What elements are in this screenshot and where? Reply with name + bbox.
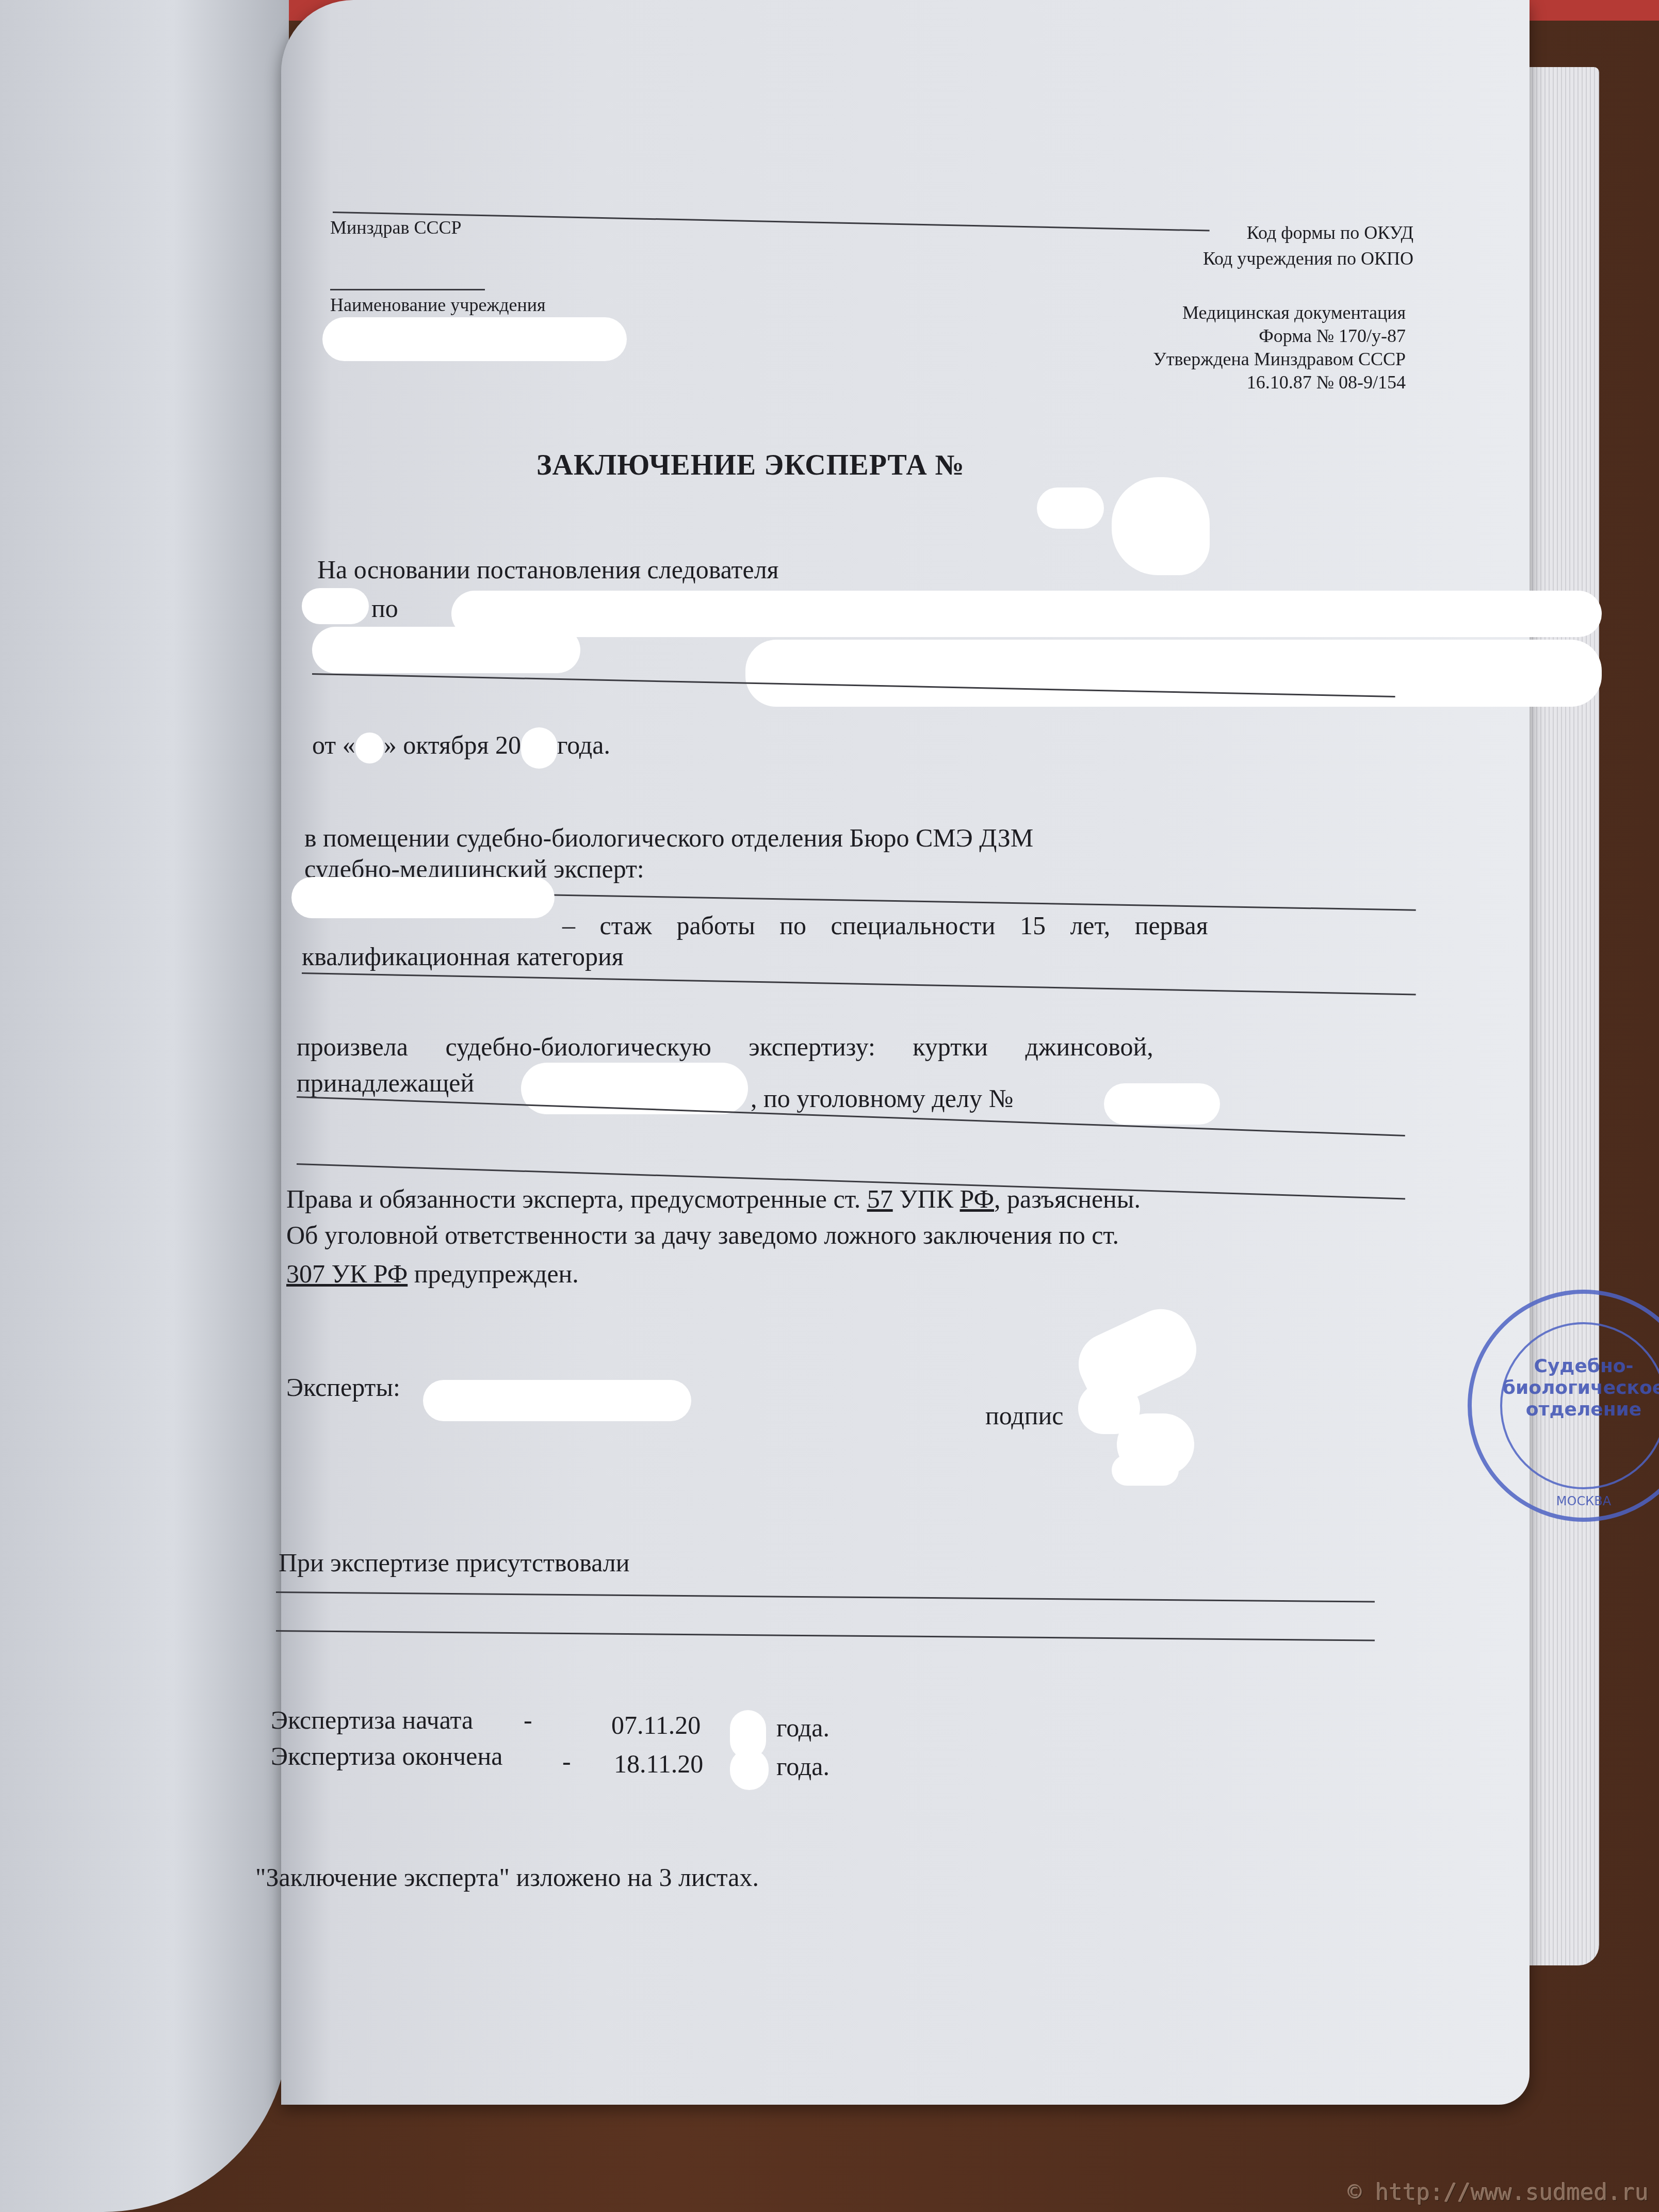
rights-line3: 307 УК РФ предупрежден. [286,1259,579,1289]
date-prefix: от « [312,730,355,759]
rights-text: Права и обязанности эксперта, предусмотр… [286,1184,860,1213]
redaction [745,640,1602,707]
document-title: ЗАКЛЮЧЕНИЕ ЭКСПЕРТА № [536,449,965,482]
ended-dash: - [562,1746,571,1776]
redaction [730,1749,769,1790]
redaction [1112,477,1210,575]
examination-line2-suffix: , по уголовному делу № [751,1083,1013,1113]
expert-category: квалификационная категория [302,941,624,971]
ended-value: 18.11.20 [614,1749,703,1779]
stamp-text: Судебно- биологическое отделение [1472,1356,1659,1421]
experts-label: Эксперты: [286,1372,400,1402]
redaction [312,627,580,673]
rights-warned: предупрежден. [414,1259,579,1288]
started-suffix: года. [776,1713,829,1743]
institution-rule [330,289,485,290]
article-uk: 307 УК РФ [286,1259,408,1288]
started-value: 07.11.20 [611,1710,701,1740]
stamp-city: МОСКВА [1472,1494,1659,1508]
examination-line1: произвела судебно-биологическую эксперти… [297,1032,1153,1062]
basis-date: от «» октября 20года. [312,727,610,769]
redaction [1104,1083,1220,1125]
rights-explained: , разъяснены. [994,1184,1141,1213]
attendees-rule-2 [276,1630,1375,1641]
rights-upk: УПК [899,1184,953,1213]
redaction [521,727,557,769]
rights-rf: РФ [960,1184,994,1213]
document-page: 190 Минздрав СССР Наименование учреждени… [281,0,1530,2105]
rights-line1: Права и обязанности эксперта, предусмотр… [286,1184,1141,1214]
basis-line1: На основании постановления следователя [317,555,779,584]
signature-label: подпис [985,1401,1063,1430]
basis-line2-prefix: по [371,593,398,623]
footer-note: "Заключение эксперта" изложено на 3 лист… [255,1862,759,1892]
attendees-label: При экспертизе присутствовали [279,1548,630,1577]
redaction [1112,1455,1179,1486]
redaction [302,588,369,624]
left-page [0,0,289,2212]
examination-line2-prefix: принадлежащей [297,1068,474,1098]
redaction [423,1380,691,1421]
date-suffix: года. [557,730,610,759]
location-line1: в помещении судебно-биологического отдел… [304,823,1033,853]
ministry-label: Минздрав СССР [330,217,461,238]
approval-ref: 16.10.87 № 08-9/154 [1247,371,1406,393]
article-upk: 57 [867,1184,893,1213]
approved-by: Утверждена Минздравом СССР [1153,348,1406,370]
redaction [451,591,1602,637]
redaction [1037,487,1104,529]
okud-label: Код формы по ОКУД [1247,222,1413,243]
expert-experience: – стаж работы по специальности 15 лет, п… [562,910,1208,940]
date-mid: » октября 20 [384,730,521,759]
redaction [322,317,627,361]
institution-label: Наименование учреждения [330,294,546,316]
started-dash: - [524,1705,532,1735]
started-label: Экспертиза начата [271,1705,473,1735]
rights-line2: Об уголовной ответственности за дачу зав… [286,1220,1119,1250]
ended-suffix: года. [776,1751,829,1781]
form-number: Форма № 170/у-87 [1259,325,1406,347]
redaction [291,877,555,918]
doc-type-label: Медицинская документация [1182,302,1406,323]
okpo-label: Код учреждения по ОКПО [1203,248,1413,269]
category-rule [302,972,1416,995]
redaction [355,733,384,763]
attendees-rule [276,1591,1375,1603]
official-stamp: Судебно- биологическое отделение МОСКВА [1468,1290,1659,1522]
ended-label: Экспертиза окончена [271,1741,502,1771]
watermark: © http://www.sudmed.ru [1348,2180,1649,2206]
header-rule [333,212,1210,232]
